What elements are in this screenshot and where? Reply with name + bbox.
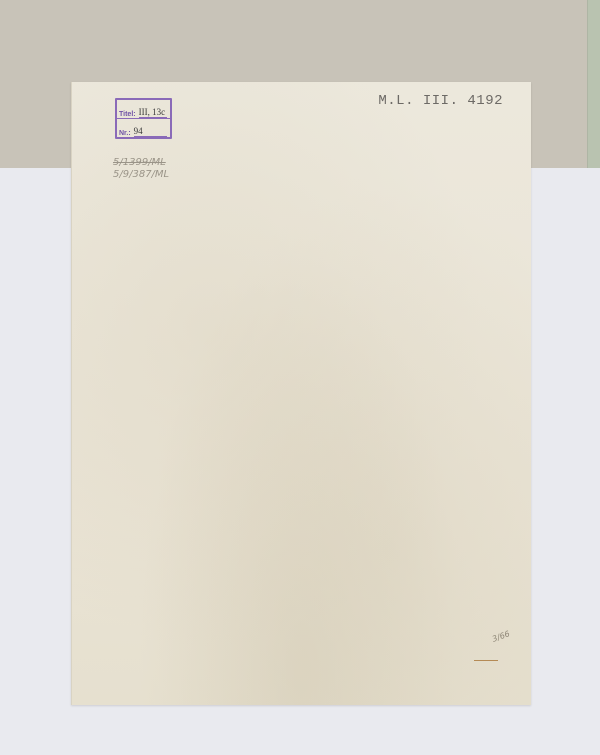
pencil-note-struck: 5/1399/ML: [113, 157, 169, 169]
document-sheet: Titel: III, 13c Nr.: 94 M.L. III. 4192 5…: [71, 82, 531, 705]
stamp-title-value: III, 13c: [139, 107, 167, 118]
stamp-title-label: Titel:: [119, 111, 136, 118]
pencil-notes: 5/1399/ML 5/9/387/ML: [113, 157, 169, 181]
board-edge-strip: [587, 0, 600, 168]
stamp-number-row: Nr.: 94: [117, 118, 170, 137]
pencil-note-current: 5/9/387/ML: [113, 169, 169, 181]
stamp-title-row: Titel: III, 13c: [117, 100, 170, 118]
corner-annotation: 3/66: [491, 629, 511, 644]
archive-stamp: Titel: III, 13c Nr.: 94: [115, 98, 172, 139]
stamp-number-value: 94: [134, 126, 167, 137]
stamp-number-label: Nr.:: [119, 130, 131, 137]
shelfmark: M.L. III. 4192: [378, 93, 503, 109]
corner-pencil-line: [474, 660, 498, 661]
